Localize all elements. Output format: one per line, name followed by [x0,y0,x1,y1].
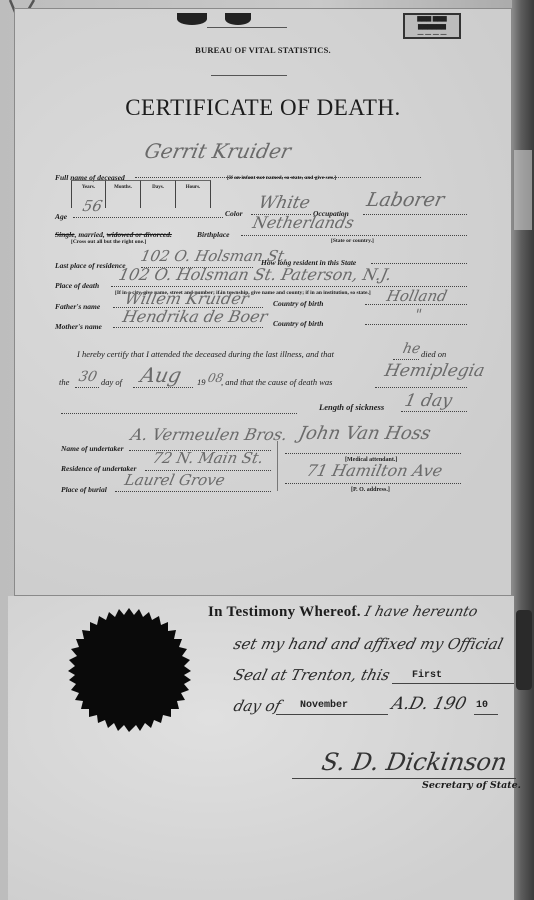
death-month-line [133,387,193,388]
age-days-box: Days. [141,180,176,208]
testimony-heading-line: In Testimony Whereof. I have hereunto [208,604,477,621]
header-rule [211,75,287,76]
testimony-line2-row: set my hand and affixed my Official [234,635,503,654]
signature-line [292,778,516,779]
testimony-month-value: November [300,700,348,711]
cause-of-death-text: , and that the cause of death was [221,377,332,387]
testimony-line3-row: Seal at Trenton, this [234,666,390,685]
month-line [276,714,388,715]
day-of-text: day of [101,377,122,387]
testimony-ad: A.D. 190 [390,694,469,714]
year-line [474,714,498,715]
the-text: the [59,377,69,387]
ink-blot [177,13,207,25]
father-name-label: Father's name [55,302,100,311]
mother-country-value: " [413,307,423,323]
place-of-death-label: Place of death [55,281,99,290]
secretary-signature: S. D. Dickinson [320,748,510,776]
age-label: Age [55,212,67,221]
mother-name-value: Hendrika de Boer [121,307,269,326]
marital-note: [Cross out all but the right one.] [71,239,146,245]
deceased-name-value: Gerrit Kruider [142,139,293,163]
header-rule [207,27,287,28]
testimony-day-value: First [412,670,442,681]
occupation-line [363,214,467,215]
birthplace-note: [State or country.] [331,238,374,244]
father-name-value: Willem Kruider [123,289,251,308]
testimony-line4-row: day of [234,697,280,716]
mother-country-line [365,324,467,325]
death-certificate-sheet: ▆▆▆ ▆▆▆▆▆▆▆▆▆— — — — BUREAU OF VITAL STA… [14,8,512,596]
age-line [73,217,223,218]
length-of-sickness-value: 1 day [403,391,454,411]
medical-address-line [285,483,461,484]
cause-continuation-line [61,413,297,414]
birthplace-line [241,235,467,236]
day-line [392,683,514,684]
burial-place-line [115,491,271,492]
burial-place-label: Place of burial [61,485,107,494]
testimony-year-value: 10 [476,700,488,711]
died-on-text: died on [421,349,446,359]
death-day-line [75,387,99,388]
undertaker-name-value: A. Vermeulen Bros. [129,425,289,444]
pronoun-value: he [401,341,422,357]
secretary-of-state-title: Secretary of State. [422,780,521,791]
undertaker-residence-value: 72 N. Main St. [151,449,265,467]
certificate-title: CERTIFICATE OF DEATH. [15,95,511,121]
age-months-box: Months. [106,180,141,208]
filing-stamp: ▆▆▆ ▆▆▆▆▆▆▆▆▆— — — — [403,13,461,39]
testimony-ad-row: A.D. 190 [392,694,466,714]
undertaker-name-label: Name of undertaker [61,444,124,453]
age-years-value: 56 [81,197,104,215]
mother-country-label: Country of birth [273,319,323,328]
medical-attendant-line [285,453,461,454]
death-day-value: 30 [77,369,98,385]
birthplace-value: Netherlands [251,213,356,232]
burial-place-value: Laurel Grove [123,471,227,489]
testimony-day-of: day of [232,697,283,715]
undertaker-residence-label: Residence of undertaker [61,464,136,473]
cause-line [375,387,467,388]
mother-name-label: Mother's name [55,322,102,331]
father-country-value: Holland [385,287,449,305]
length-line [401,411,467,412]
testimony-heading: In Testimony Whereof. [208,604,361,620]
testimony-line3: Seal at Trenton, this [232,666,392,684]
how-long-resident-line [371,263,467,264]
column-divider [277,441,278,491]
pronoun-line [393,359,419,360]
mother-name-line [113,327,263,328]
cause-of-death-value: Hemiplegia [383,361,487,381]
age-hours-box: Hours. [176,180,211,208]
official-seal [63,608,195,740]
length-of-sickness-label: Length of sickness [319,402,384,412]
place-of-death-value: 102 O. Holsman St. Paterson, N.J. [117,265,393,284]
medical-attendant-value: John Van Hoss [297,423,433,444]
occupation-value: Laborer [365,189,447,211]
last-residence-label: Last place of residence [55,261,126,270]
father-country-line [365,304,467,305]
year-prefix-text: 19 [197,377,206,387]
color-label: Color [225,209,243,218]
testimony-line2: set my hand and affixed my Official [232,635,505,653]
color-value: White [257,193,312,213]
certification-statement: I hereby certify that I attended the dec… [77,349,334,359]
marital-status-label: Single, married, widowed or divorced. [55,230,172,239]
medical-address-value: 71 Hamilton Ave [305,461,444,480]
birthplace-label: Birthplace [197,230,230,239]
binding-edge [512,0,534,900]
testimony-line1: I have hereunto [363,604,479,620]
death-month-value: Aug [138,363,183,387]
full-name-note: [If an infant not named, so state, and g… [227,175,336,181]
medical-address-note: [P. O. address.] [351,487,390,493]
bureau-heading: BUREAU OF VITAL STATISTICS. [15,45,511,55]
ink-blot [225,13,251,25]
father-country-label: Country of birth [273,299,323,308]
